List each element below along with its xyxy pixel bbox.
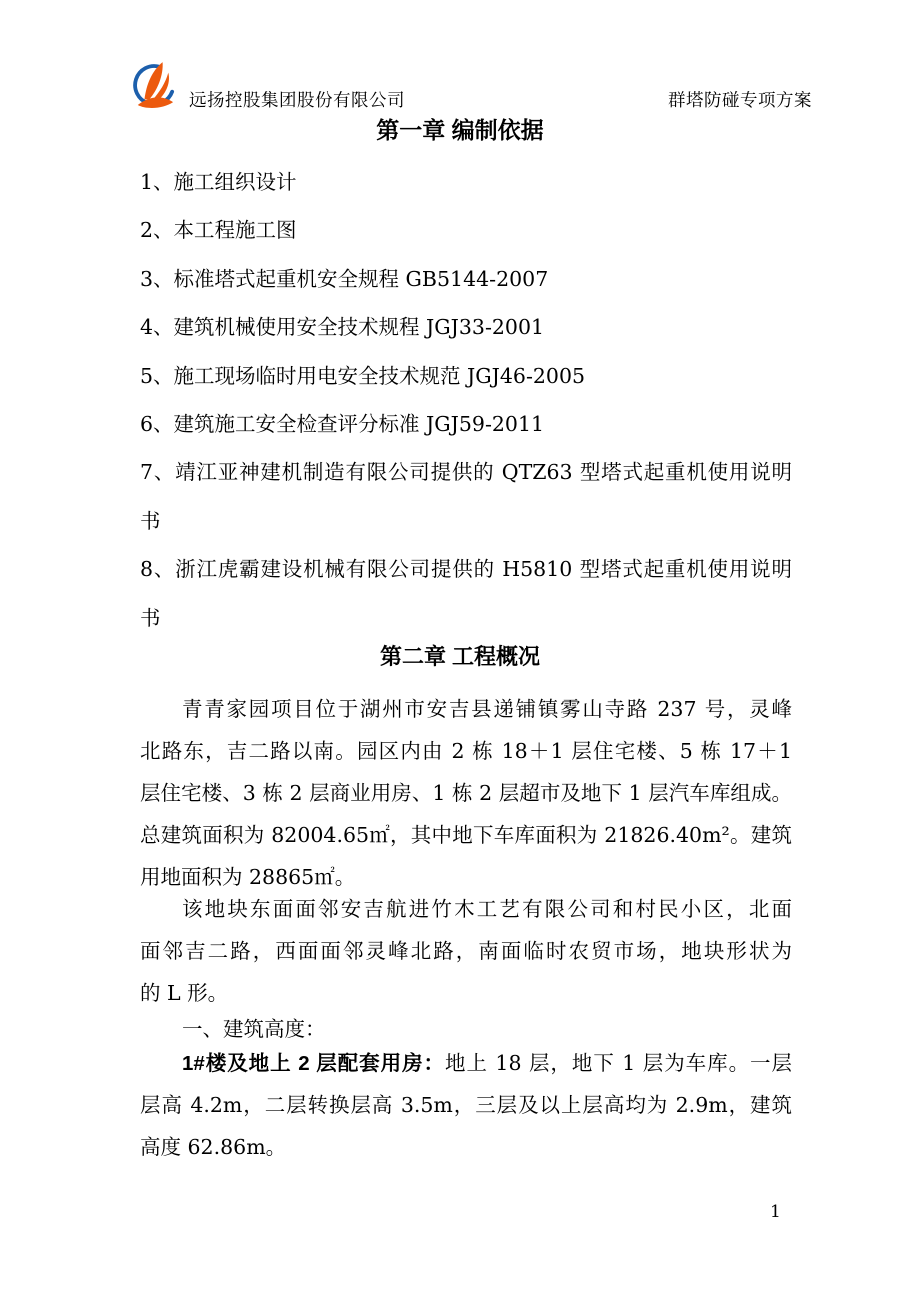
list-item: 6、建筑施工安全检查评分标准 JGJ59-2011 xyxy=(140,400,792,448)
paragraph-line: 层高 4.2m，二层转换层高 3.5m，三层及以上层高均为 2.9m，建筑 xyxy=(140,1084,792,1126)
page-number: 1 xyxy=(770,1202,781,1222)
paragraph-line: 层住宅楼、3 栋 2 层商业用房、1 栋 2 层超市及地下 1 层汽车库组成。 xyxy=(140,772,792,814)
paragraph-line: 高度 62.86m。 xyxy=(140,1126,792,1168)
list-item-continuation: 书 xyxy=(140,594,792,642)
list-item: 1、施工组织设计 xyxy=(140,158,792,206)
chapter2-title: 第二章 工程概况 xyxy=(0,640,920,671)
paragraph-line: 总建筑面积为 82004.65㎡，其中地下车库面积为 21826.40m²。建筑 xyxy=(140,814,792,856)
list-item: 8、浙江虎霸建设机械有限公司提供的 H5810 型塔式起重机使用说明 xyxy=(140,545,792,593)
list-item: 2、本工程施工图 xyxy=(140,206,792,254)
paragraph-line: 该地块东面面邻安吉航进竹木工艺有限公司和村民小区，北面 xyxy=(140,888,792,930)
paragraph-line: 1#楼及地上 2 层配套用房：地上 18 层，地下 1 层为车库。一层 xyxy=(140,1042,792,1084)
company-logo-icon xyxy=(133,58,175,112)
list-item: 5、施工现场临时用电安全技术规范 JGJ46-2005 xyxy=(140,352,792,400)
header-company-name: 远扬控股集团股份有限公司 xyxy=(189,87,405,112)
chapter1-title: 第一章 编制依据 xyxy=(0,112,920,145)
paragraph-line: 青青家园项目位于湖州市安吉县递铺镇雾山寺路 237 号，灵峰 xyxy=(140,688,792,730)
list-item-continuation: 书 xyxy=(140,497,792,545)
paragraph-line: 北路东，吉二路以南。园区内由 2 栋 18＋1 层住宅楼、5 栋 17＋1 xyxy=(140,730,792,772)
list-item: 7、靖江亚神建机制造有限公司提供的 QTZ63 型塔式起重机使用说明 xyxy=(140,448,792,496)
list-item: 4、建筑机械使用安全技术规程 JGJ33-2001 xyxy=(140,303,792,351)
list-item: 3、标准塔式起重机安全规程 GB5144-2007 xyxy=(140,255,792,303)
paragraph-text: 地上 18 层，地下 1 层为车库。一层 xyxy=(445,1051,792,1075)
chapter2-body: 青青家园项目位于湖州市安吉县递铺镇雾山寺路 237 号，灵峰 北路东，吉二路以南… xyxy=(140,688,792,1168)
paragraph-line: 面邻吉二路，西面面邻灵峰北路，南面临时农贸市场，地块形状为 xyxy=(140,930,792,972)
header-doc-title: 群塔防碰专项方案 xyxy=(668,87,812,112)
page-header: 远扬控股集团股份有限公司 群塔防碰专项方案 xyxy=(133,58,812,114)
document-page: 远扬控股集团股份有限公司 群塔防碰专项方案 第一章 编制依据 1、施工组织设计 … xyxy=(0,0,920,1302)
reference-list: 1、施工组织设计 2、本工程施工图 3、标准塔式起重机安全规程 GB5144-2… xyxy=(140,158,792,642)
building-label-bold: 1#楼及地上 2 层配套用房： xyxy=(182,1052,445,1075)
